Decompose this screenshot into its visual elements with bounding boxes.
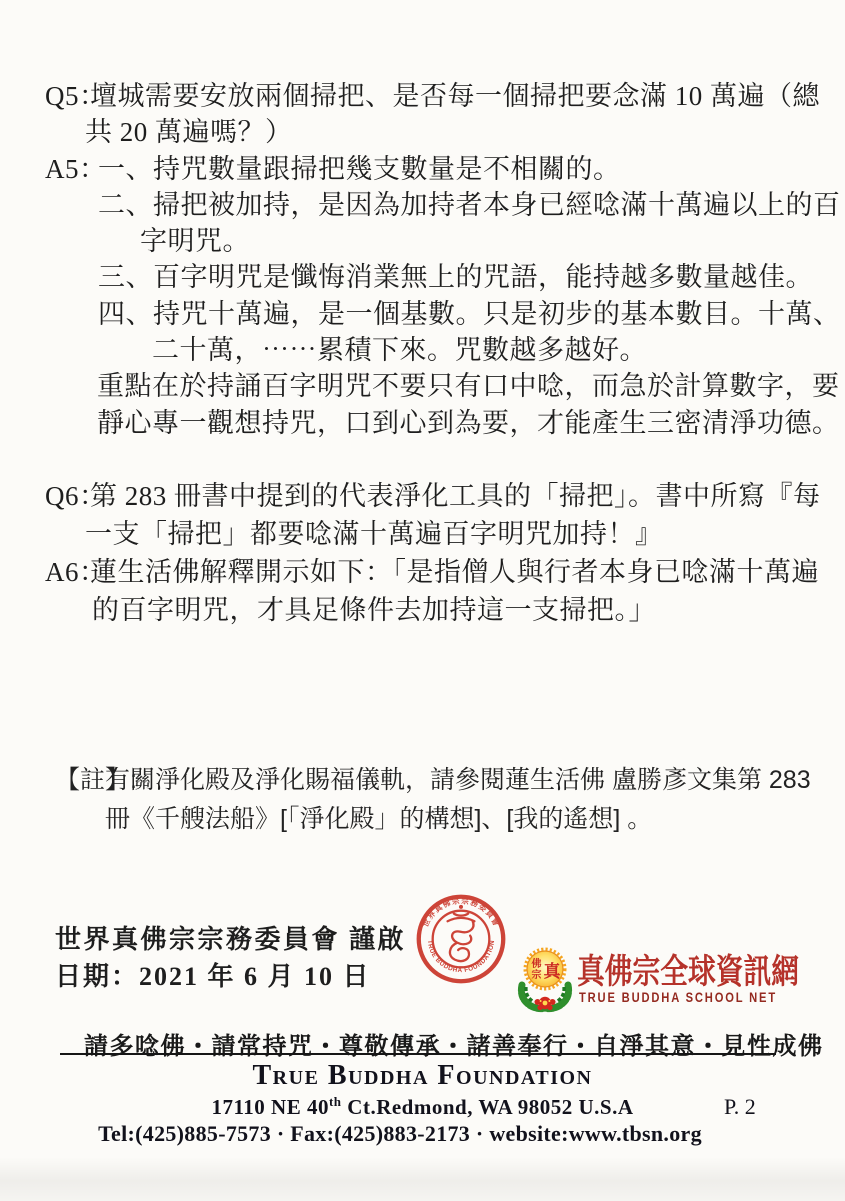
line-text: 冊《千艘法船》[「淨化殿」的構想]、[我的遙想] 。 [105,800,835,839]
address-ordinal: th [329,1094,342,1109]
line-text: 的百字明咒，才具足條件去加持這一支掃把。」 [92,591,835,629]
scanned-document-page: Q5：壇城需要安放兩個掃把、是否每一個掃把要念滿 10 萬遍（總共 20 萬遍嗎… [0,0,845,1201]
line-label: Q5： [45,78,107,114]
tbsn-english-title: TRUE BUDDHA SCHOOL NET [579,990,777,1005]
line-label: A6： [45,553,107,591]
text-line: 三、百字明咒是懺悔消業無上的咒語，能持越多數量越佳。 [45,259,835,295]
text-line: 靜心專一觀想持咒，口到心到為要，才能產生三密清淨功德。 [45,405,835,441]
line-text: 蓮生活佛解釋開示如下：「是指僧人與行者本身已唸滿十萬遍 [90,553,835,591]
dharma-motto-line: 請多唸佛・請常持咒・尊敬傳承・諸善奉行・自淨其意・見性成佛 [84,1026,824,1061]
line-label: Q6： [45,477,107,515]
text-line: 重點在於持誦百字明咒不要只有口中唸，而急於計算數字，要 [45,368,835,404]
text-line: 共 20 萬遍嗎？） [45,114,835,150]
flower-icon [535,997,556,1010]
line-text: 字明咒。 [140,223,835,259]
line-text: 有關淨化殿及淨化賜福儀軌，請參閱蓮生活佛 盧勝彥文集第 283 [105,761,835,800]
qa-section-q6a6: Q6：第 283 冊書中提到的代表淨化工具的「掃把」。書中所寫『每一支「掃把」都… [45,477,835,629]
text-line: 二、掃把被加持，是因為加持者本身已經唸滿十萬遍以上的百 [45,187,835,223]
line-text: 一、持咒數量跟掃把幾支數量是不相關的。 [98,151,835,187]
text-line: 【註】:有關淨化殿及淨化賜福儀軌，請參閱蓮生活佛 盧勝彥文集第 283 [55,761,835,800]
address-part1: 17110 NE 40 [211,1095,329,1119]
qa-section-q5a5: Q5：壇城需要安放兩個掃把、是否每一個掃把要念滿 10 萬遍（總共 20 萬遍嗎… [45,78,835,441]
line-text: 二十萬，⋯⋯累積下來。咒數越多越好。 [152,332,835,368]
emblem-char-sub2: 宗 [532,968,542,981]
svg-text:世界真佛宗宗務委員會: 世界真佛宗宗務委員會 [420,895,502,928]
text-line: A6：蓮生活佛解釋開示如下：「是指僧人與行者本身已唸滿十萬遍 [45,553,835,591]
text-line: Q6：第 283 冊書中提到的代表淨化工具的「掃把」。書中所寫『每 [45,477,835,515]
text-line: 一支「掃把」都要唸滿十萬遍百字明咒加持！』 [45,515,835,553]
line-text: 重點在於持誦百字明咒不要只有口中唸，而急於計算數字，要 [97,368,835,404]
organization-name: True Buddha Foundation [0,1060,845,1092]
address-line: 17110 NE 40th Ct.Redmond, WA 98052 U.S.A [0,1094,845,1120]
tbsn-logo: 真 佛 宗 真佛宗全球資訊網 TRUE BUDDHA SCHOOL NET [515,941,815,1013]
tbsn-chinese-title: 真佛宗全球資訊網 [577,952,799,991]
line-text: 共 20 萬遍嗎？） [85,114,835,150]
text-line: 字明咒。 [45,223,835,259]
seal-chinese-ring-text: 世界真佛宗宗務委員會 [420,895,502,928]
true-buddha-school-emblem-icon: 真 佛 宗 [525,949,565,989]
contact-line: Tel:(425)885-7573 · Fax:(425)883-2173 · … [0,1121,800,1147]
text-line: A5：一、持咒數量跟掃把幾支數量是不相關的。 [45,151,835,187]
line-label: 【註】: [55,761,137,800]
note-section: 【註】:有關淨化殿及淨化賜福儀軌，請參閱蓮生活佛 盧勝彥文集第 283冊《千艘法… [55,761,835,839]
emblem-char-main: 真 [544,962,562,981]
text-line: 四、持咒十萬遍，是一個基數。只是初步的基本數目。十萬、 [45,296,835,332]
page-number: P. 2 [724,1094,756,1120]
foundation-seal-stamp-icon: 世界真佛宗宗務委員會 TRUE BUDDHA FOUNDATION [413,891,509,987]
text-line: 冊《千艘法船》[「淨化殿」的構想]、[我的遙想] 。 [55,800,835,839]
text-line: Q5：壇城需要安放兩個掃把、是否每一個掃把要念滿 10 萬遍（總 [45,78,835,114]
line-text: 壇城需要安放兩個掃把、是否每一個掃把要念滿 10 萬遍（總 [90,78,835,114]
scanner-edge-shadow [0,1157,845,1201]
line-text: 三、百字明咒是懺悔消業無上的咒語，能持越多數量越佳。 [98,259,835,295]
line-text: 一支「掃把」都要唸滿十萬遍百字明咒加持！』 [85,515,835,553]
line-text: 靜心專一觀想持咒，口到心到為要，才能產生三密清淨功德。 [97,405,835,441]
text-line: 的百字明咒，才具足條件去加持這一支掃把。」 [45,591,835,629]
line-text: 二、掃把被加持，是因為加持者本身已經唸滿十萬遍以上的百 [98,187,835,223]
address-part2: Ct.Redmond, WA 98052 U.S.A [342,1095,634,1119]
line-text: 四、持咒十萬遍，是一個基數。只是初步的基本數目。十萬、 [98,296,835,332]
line-text: 第 283 冊書中提到的代表淨化工具的「掃把」。書中所寫『每 [90,477,835,515]
emblem-char-sub1: 佛 [531,957,542,970]
text-line: 二十萬，⋯⋯累積下來。咒數越多越好。 [45,332,835,368]
line-label: A5： [45,151,107,187]
footer-divider-rule [60,1053,776,1055]
